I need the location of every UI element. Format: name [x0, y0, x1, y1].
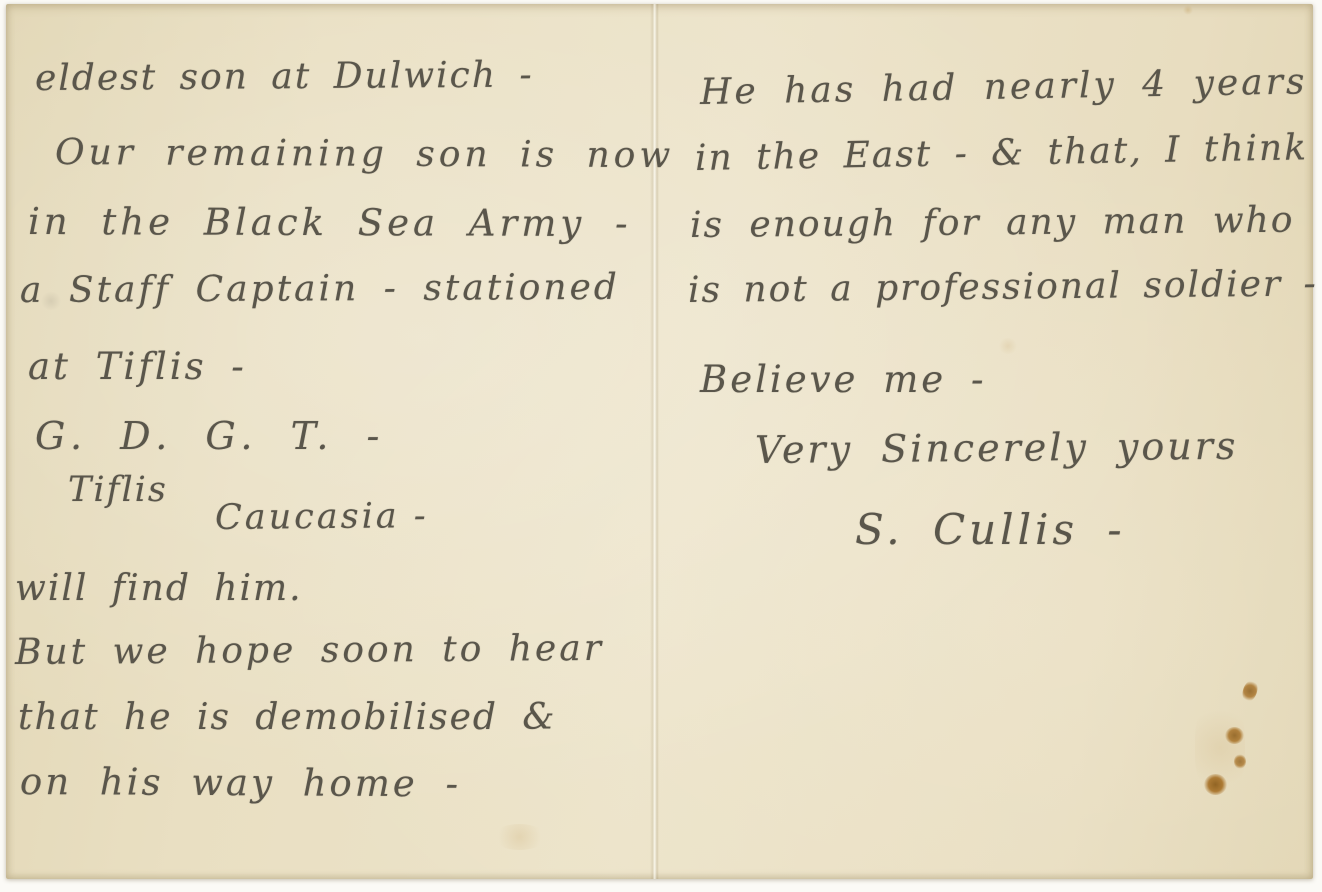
letter-scan: eldest son at Dulwich - Our remaining so…	[0, 0, 1322, 892]
handwriting-line: is enough for any man who	[690, 200, 1295, 246]
letter-right-page: He has had nearly 4 years in the East - …	[0, 0, 1322, 892]
handwriting-line: Believe me -	[700, 358, 986, 401]
handwriting-line: in the East - & that, I think	[695, 127, 1309, 179]
handwriting-line: He has had nearly 4 years	[700, 61, 1308, 113]
signature: S. Cullis -	[855, 505, 1126, 554]
handwriting-line: Very Sincerely yours	[755, 424, 1239, 472]
handwriting-line: is not a professional soldier -	[688, 263, 1318, 311]
